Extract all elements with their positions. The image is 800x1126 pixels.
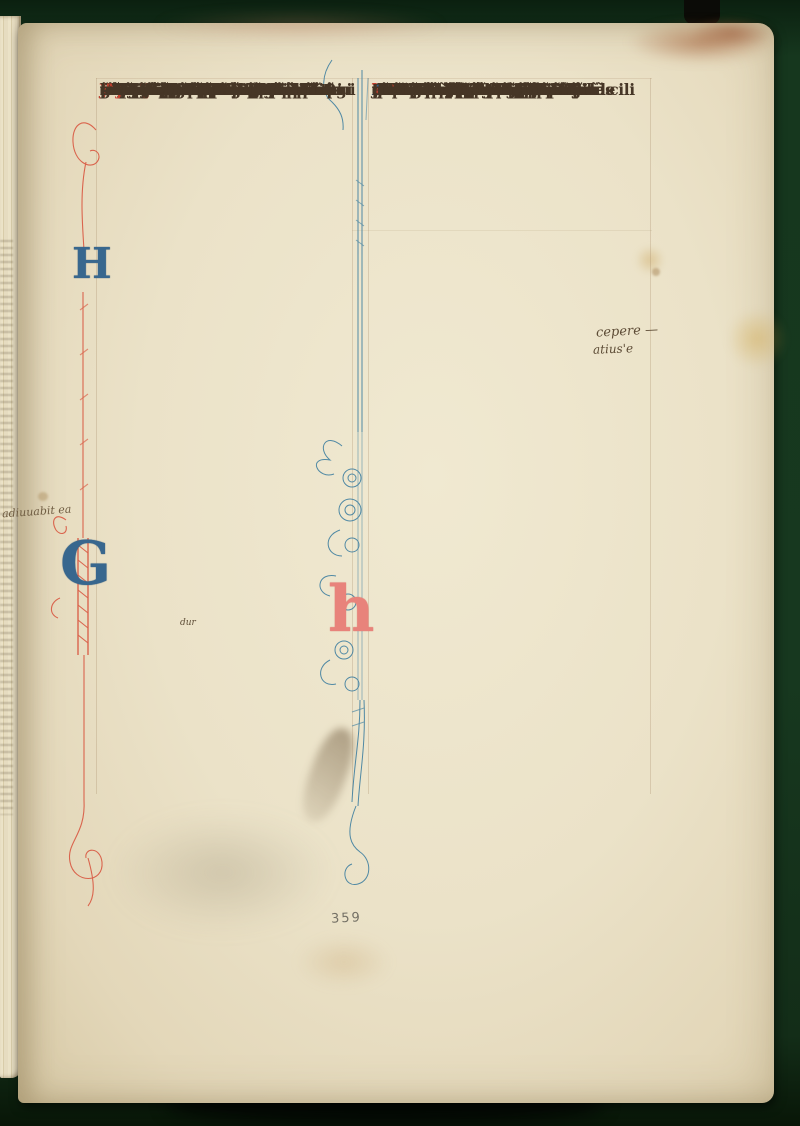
initial-letter-huius: h [328, 578, 375, 642]
body-text: uo2 7 obseqo pmtio2 7 cul [372, 80, 592, 100]
pen-flourishes [0, 0, 800, 1126]
folio-number: 359 [331, 910, 363, 927]
interlinear-note: dur [180, 618, 196, 628]
margin-note-atius: atius'e [593, 341, 634, 356]
initial-letter-graui: G [60, 534, 111, 594]
manuscript-photo: dignissima sola extitit mia uirgo· ut q'… [0, 0, 800, 1126]
blue-pen-flourish [316, 60, 368, 885]
initial-letter-hec: H [72, 243, 112, 285]
body-text: guit· Jn b3 locelli ergastulo [100, 80, 326, 100]
